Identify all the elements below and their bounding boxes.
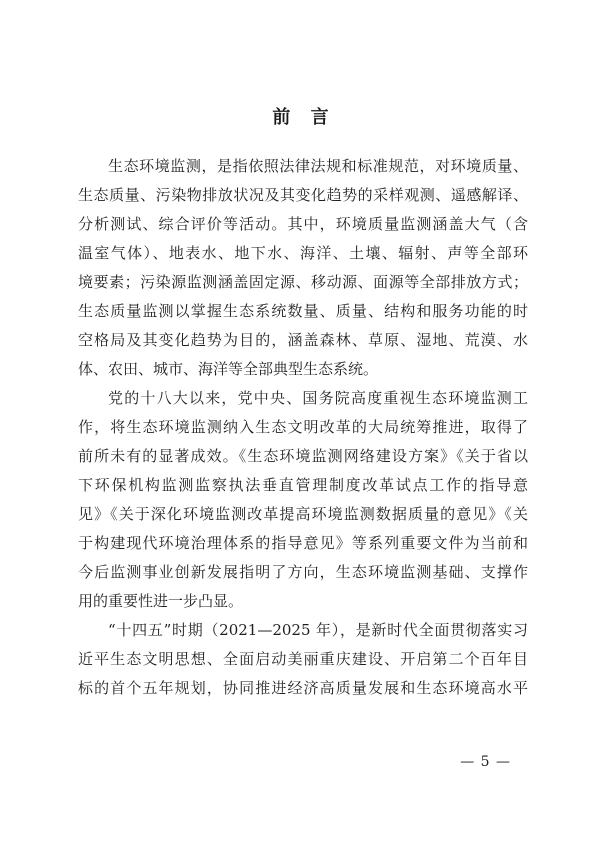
text-line: 于构建现代环境治理体系的指导意见》等系列重要文件为当前和 bbox=[78, 529, 528, 558]
text-line: 生态质量监测以掌握生态系统数量、质量、结构和服务功能的时 bbox=[78, 297, 528, 326]
text-line: 温室气体）、地表水、地下水、海洋、土壤、辐射、声等全部环 bbox=[78, 239, 528, 268]
text-line: 作，将生态环境监测纳入生态文明改革的大局统筹推进，取得了 bbox=[78, 413, 528, 442]
text-line: 今后监测事业创新发展指明了方向，生态环境监测基础、支撑作 bbox=[78, 558, 528, 587]
text-line: 党的十八大以来，党中央、国务院高度重视生态环境监测工 bbox=[78, 384, 528, 413]
text-line: 前所未有的显著成效。《生态环境监测网络建设方案》《关于省以 bbox=[78, 442, 528, 471]
text-line: 空格局及其变化趋势为目的，涵盖森林、草原、湿地、荒漠、水 bbox=[78, 326, 528, 355]
page-number: — 5 — bbox=[460, 754, 511, 770]
text-line: 用的重要性进一步凸显。 bbox=[78, 587, 528, 616]
document-page: 前 言 生态环境监测，是指依照法律法规和标准规范，对环境质量、生态质量、污染物排… bbox=[0, 0, 600, 848]
text-line: 境要素；污染源监测涵盖固定源、移动源、面源等全部排放方式； bbox=[78, 268, 528, 297]
text-line: 体、农田、城市、海洋等全部典型生态系统。 bbox=[78, 355, 528, 384]
document-body: 生态环境监测，是指依照法律法规和标准规范，对环境质量、生态质量、污染物排放状况及… bbox=[78, 152, 528, 703]
text-line: 见》《关于深化环境监测改革提高环境监测数据质量的意见》《关 bbox=[78, 500, 528, 529]
page-title: 前 言 bbox=[75, 103, 527, 129]
text-line: 分析测试、综合评价等活动。其中，环境质量监测涵盖大气（含 bbox=[78, 210, 528, 239]
text-line: 下环保机构监测监察执法垂直管理制度改革试点工作的指导意 bbox=[78, 471, 528, 500]
text-line: 标的首个五年规划，协同推进经济高质量发展和生态环境高水平 bbox=[78, 674, 528, 703]
text-line: 生态环境监测，是指依照法律法规和标准规范，对环境质量、 bbox=[78, 152, 528, 181]
text-line: 生态质量、污染物排放状况及其变化趋势的采样观测、遥感解译、 bbox=[78, 181, 528, 210]
text-line: “十四五”时期（2021—2025 年），是新时代全面贯彻落实习 bbox=[78, 616, 528, 645]
text-line: 近平生态文明思想、全面启动美丽重庆建设、开启第二个百年目 bbox=[78, 645, 528, 674]
